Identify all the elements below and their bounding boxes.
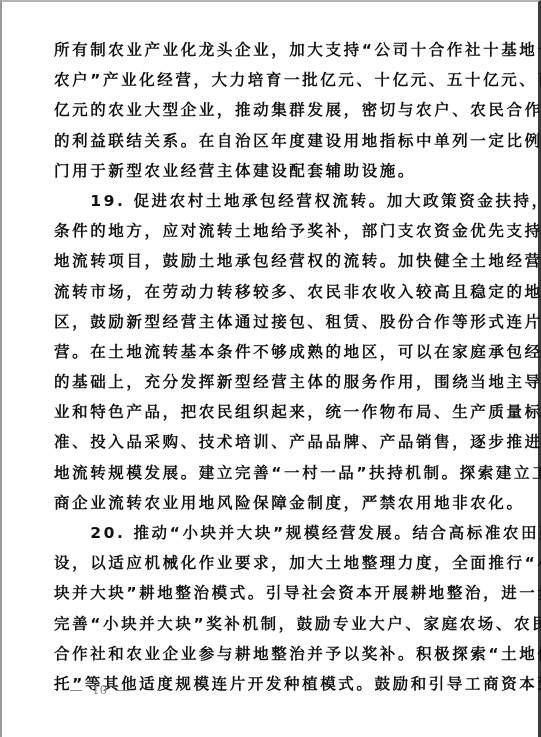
text-line: 地流转项目，鼓励土地承包经营权的流转。加快健全土地经营权 bbox=[54, 246, 472, 276]
dash-right bbox=[117, 690, 129, 691]
dash-left bbox=[70, 690, 82, 691]
text-line: 门用于新型农业经营主体建设配套辅助设施。 bbox=[54, 156, 472, 186]
text-line: 块并大块”耕地整治模式。引导社会资本开展耕地整治，进一步 bbox=[54, 578, 472, 608]
text-line: 商企业流转农业用地风险保障金制度，严禁农用地非农化。 bbox=[54, 488, 472, 518]
text-line: 的利益联结关系。在自治区年度建设用地指标中单列一定比例专 bbox=[54, 126, 472, 156]
text-line: 合作社和农业企业参与耕地整治并予以奖补。积极探索“土地信 bbox=[54, 639, 472, 669]
text-line: 准、投入品采购、技术培训、产品品牌、产品销售，逐步推进土 bbox=[54, 427, 472, 457]
section-20-heading-line: 20. 推动“小块并大块”规模经营发展。结合高标准农田建 bbox=[54, 518, 472, 548]
text-line: 业和特色产品，把农民组织起来，统一作物布局、生产质量标 bbox=[54, 397, 472, 427]
text-line: 条件的地方，应对流转土地给予奖补，部门支农资金优先支持土 bbox=[54, 216, 472, 246]
body-text: 所有制农业产业化龙头企业，加大支持“公司十合作社十基地十 农户”产业化经营，大力… bbox=[54, 35, 472, 699]
page-number-value: 10 bbox=[92, 683, 107, 697]
text-line: 亿元的农业大型企业，推动集群发展，密切与农户、农民合作社 bbox=[54, 95, 472, 125]
text-line: 农户”产业化经营，大力培育一批亿元、十亿元、五十亿元、百 bbox=[54, 65, 472, 95]
text-line: 完善“小块并大块”奖补机制，鼓励专业大户、家庭农场、农民 bbox=[54, 609, 472, 639]
text-line: 地流转规模发展。建立完善“一村一品”扶持机制。探索建立工 bbox=[54, 458, 472, 488]
text-line: 的基础上，充分发挥新型经营主体的服务作用，围绕当地主导产 bbox=[54, 367, 472, 397]
text-line: 营。在土地流转基本条件不够成熟的地区，可以在家庭承包经营 bbox=[54, 337, 472, 367]
text-line: 流转市场，在劳动力转移较多、农民非农收入较高且稳定的地 bbox=[54, 277, 472, 307]
page-number: 10 bbox=[70, 683, 129, 697]
text-line: 设，以适应机械化作业要求，加大土地整理力度，全面推行“小 bbox=[54, 548, 472, 578]
text-line: 所有制农业产业化龙头企业，加大支持“公司十合作社十基地十 bbox=[54, 35, 472, 65]
text-line: 区，鼓励新型经营主体通过接包、租赁、股份合作等形式连片经 bbox=[54, 307, 472, 337]
document-page: 所有制农业产业化龙头企业，加大支持“公司十合作社十基地十 农户”产业化经营，大力… bbox=[0, 0, 541, 737]
section-19-heading-line: 19. 促进农村土地承包经营权流转。加大政策资金扶持，有 bbox=[54, 186, 472, 216]
